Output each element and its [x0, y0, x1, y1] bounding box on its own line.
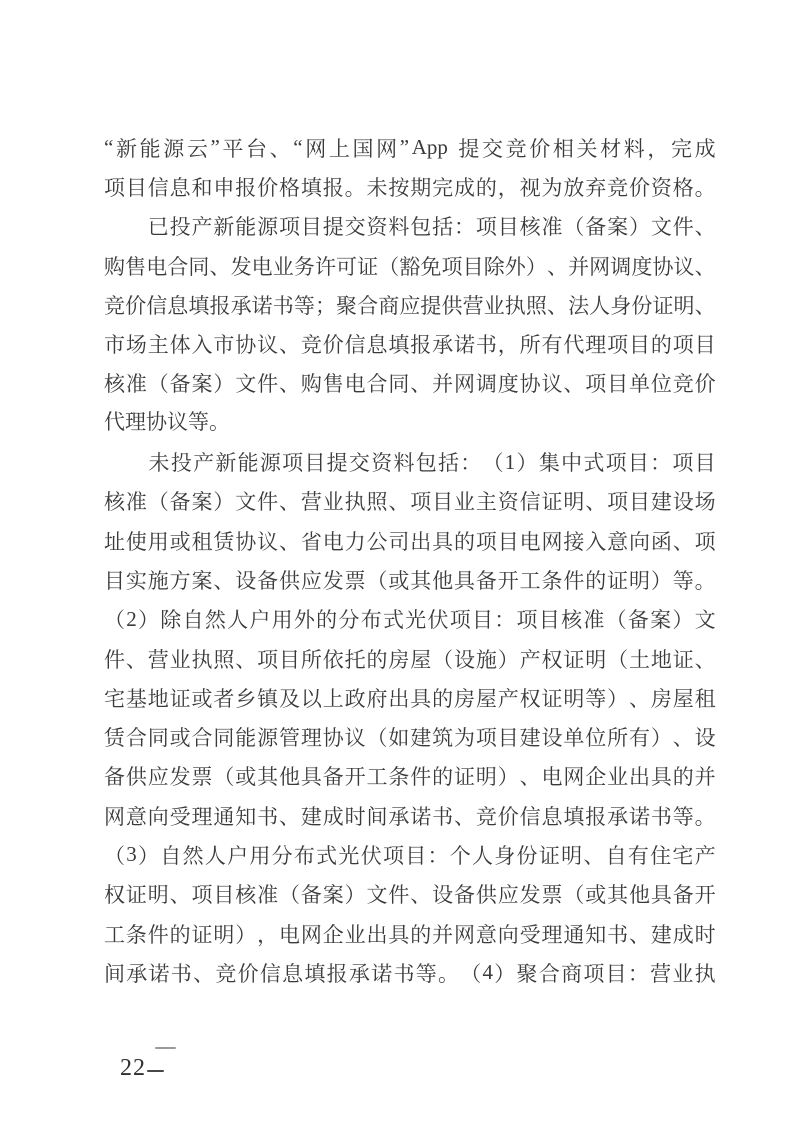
text-line: 间承诺书、竞价信息填报承诺书等。（4）聚合商项目：营业执 [104, 953, 716, 992]
text-line: 赁合同或合同能源管理协议（如建筑为项目建设单位所有）、设 [104, 717, 716, 756]
text-line: 竞价信息填报承诺书等；聚合商应提供营业执照、法人身份证明、 [104, 285, 716, 324]
text-line: 网意向受理通知书、建成时间承诺书、竞价信息填报承诺书等。 [104, 796, 716, 835]
text-line: 备供应发票（或其他具备开工条件的证明）、电网企业出具的并 [104, 757, 716, 796]
text-line: 宅基地证或者乡镇及以上政府出具的房屋产权证明等）、房屋租 [104, 678, 716, 717]
text-line: 购售电合同、发电业务许可证（豁免项目除外）、并网调度协议、 [104, 246, 716, 285]
text-line: 核准（备案）文件、购售电合同、并网调度协议、项目单位竞价 [104, 364, 716, 403]
document-page: “新能源云”平台、“网上国网”App 提交竞价相关材料，完成 项目信息和申报价格… [0, 0, 800, 1131]
text-line: 市场主体入市协议、竞价信息填报承诺书，所有代理项目的项目 [104, 324, 716, 363]
footer-dash-upper [155, 1047, 176, 1049]
text-line: 已投产新能源项目提交资料包括：项目核准（备案）文件、 [104, 207, 716, 246]
text-line: 代理协议等。 [104, 403, 716, 442]
text-line: 件、营业执照、项目所依托的房屋（设施）产权证明（土地证、 [104, 639, 716, 678]
footer-dash-lower [147, 1070, 164, 1072]
body-text: “新能源云”平台、“网上国网”App 提交竞价相关材料，完成 项目信息和申报价格… [104, 128, 716, 993]
page-number: 22 [120, 1056, 146, 1080]
text-line: “新能源云”平台、“网上国网”App 提交竞价相关材料，完成 [104, 128, 716, 167]
text-line: （3）自然人户用分布式光伏项目：个人身份证明、自有住宅产 [104, 835, 716, 874]
text-line: 未投产新能源项目提交资料包括：（1）集中式项目：项目 [104, 442, 716, 481]
text-line: 核准（备案）文件、营业执照、项目业主资信证明、项目建设场 [104, 482, 716, 521]
text-line: （2）除自然人户用外的分布式光伏项目：项目核准（备案）文 [104, 600, 716, 639]
text-line: 目实施方案、设备供应发票（或其他具备开工条件的证明）等。 [104, 560, 716, 599]
text-line: 权证明、项目核准（备案）文件、设备供应发票（或其他具备开 [104, 875, 716, 914]
text-line: 工条件的证明），电网企业出具的并网意向受理通知书、建成时 [104, 914, 716, 953]
text-line: 址使用或租赁协议、省电力公司出具的项目电网接入意向函、项 [104, 521, 716, 560]
text-line: 项目信息和申报价格填报。未按期完成的，视为放弃竞价资格。 [104, 167, 716, 206]
